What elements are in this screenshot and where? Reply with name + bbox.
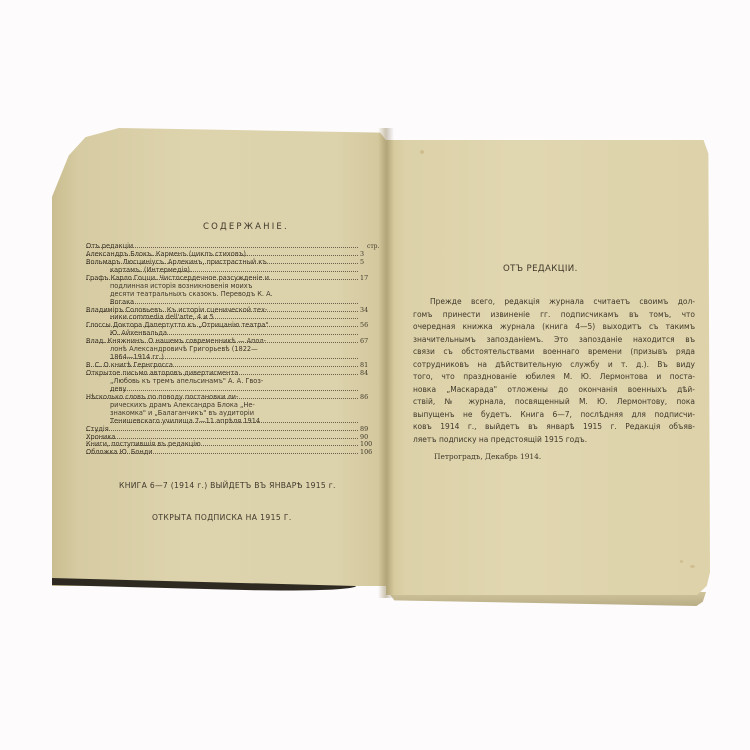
toc-entry-title: Открытое письмо авторовъ дивертисмента [86, 369, 238, 377]
toc-leader-dots [86, 430, 358, 431]
paper-stain [690, 565, 695, 568]
editorial-line: новка „Маскарада" отложены до окончанія … [413, 384, 695, 397]
next-issue-notice: КНИГА 6—7 (1914 г.) ВЫЙДЕТЪ ВЪ ЯНВАРѢ 19… [119, 481, 336, 490]
editorial-line: ляетъ подписку на предстоящій 1915 годъ. [413, 434, 695, 447]
toc-entry-title: „Любовь къ тремъ апельсинамъ" А. А. Гвоз… [110, 377, 263, 385]
editorial-line: Прежде всего, редакція журнала считаетъ … [413, 296, 695, 309]
toc-entry-title: Тенишевскаго училища 7—11 апрѣля 1914 [110, 417, 260, 425]
toc-entry-page: 67 [360, 338, 376, 346]
toc-entry-page: 106 [360, 449, 376, 457]
toc-entry-title: лонѣ Александровичѣ Григорьевѣ (1822— [110, 345, 258, 353]
editorial-line: того, что празднованіе юбилея М. Ю. Лерм… [413, 371, 695, 384]
toc-entry-title: деву [110, 385, 126, 393]
toc-entry-title: Графъ Карло Гоцци. Чистосердечное разсуж… [86, 274, 269, 282]
toc-entry-page: 84 [360, 370, 376, 378]
toc-leader-dots [110, 390, 358, 391]
toc-leader-dots [86, 438, 358, 439]
paper-stain [420, 150, 424, 154]
editorial-line: значительнымъ запозданіемъ. Это запоздан… [413, 334, 695, 347]
editorial-line: гомъ принести извиненіе гг. подписчикамъ… [413, 309, 695, 322]
toc-leader-dots [110, 303, 358, 304]
toc-entry-title: 1864—1914 гг.) [110, 353, 164, 361]
paper-stain [680, 560, 683, 563]
table-of-contents: Отъ редакціиАлександръ Блокъ. Карменъ (ц… [86, 243, 376, 457]
toc-entry-title: рическихъ драмъ Александра Блока „Не- [110, 401, 255, 409]
book-gutter [378, 128, 394, 598]
open-book: СОДЕРЖАНІЕ. стр. Отъ редакціиАлександръ … [0, 0, 750, 750]
editorial-line: сотрудниковъ на дѣйствительную службу и … [413, 359, 695, 372]
toc-entry-page: 86 [360, 394, 376, 402]
toc-title: СОДЕРЖАНІЕ. [203, 222, 289, 232]
toc-entry-title: подлинная исторія возникновенія моихъ [110, 282, 252, 290]
toc-entry: „Любовь къ тремъ апельсинамъ" А. А. Гвоз… [86, 378, 376, 386]
toc-entry-page: 5 [360, 259, 376, 267]
toc-entry-title: Вогака [110, 298, 134, 306]
toc-entry-title: картамъ. (Интермедія). [110, 266, 192, 274]
toc-entry: Обложка Ю. Бонди106 [86, 449, 376, 457]
toc-entry-title: Нѣсколько словъ по поводу постановки ли- [86, 393, 238, 401]
editorial-body: Прежде всего, редакція журнала считаетъ … [413, 296, 695, 446]
toc-entry: Тенишевскаго училища 7—11 апрѣля 1914 [86, 418, 376, 426]
toc-entry-page: 17 [360, 275, 376, 283]
toc-entry-title: В. С. О книгѣ Гернгросса [86, 361, 173, 369]
toc-entry-page: 56 [360, 322, 376, 330]
editorial-signature: Петроградъ, Декабрь 1914. [434, 452, 541, 461]
editorial-line: ковъ 1914 г., выйдетъ въ январѣ 1915 г. … [413, 421, 695, 434]
editorial-line: ствій, № журнала, посвященный М. Ю. Лерм… [413, 396, 695, 409]
toc-entry-title: Студія [86, 425, 109, 433]
toc-entry-title: Отъ редакціи [86, 242, 133, 250]
toc-entry-title: десяти театральныхъ сказокъ. Переводъ К.… [110, 290, 273, 298]
subscription-notice: ОТКРЫТА ПОДПИСКА НА 1915 Г. [152, 513, 292, 522]
editorial-line: очередная книжка журнала (книга 4—5) вых… [413, 321, 695, 334]
toc-entry-page: 34 [360, 307, 376, 315]
toc-entry-title: Александръ Блокъ. Карменъ (циклъ стиховъ… [86, 250, 248, 258]
editorial-title: ОТЪ РЕДАКЦІИ. [503, 264, 578, 274]
editorial-line: связи съ обстоятельствами военнаго време… [413, 346, 695, 359]
toc-entry-title: Обложка Ю. Бонди [86, 448, 153, 456]
toc-entry-title: знакомка" и „Балаганчикъ" въ аудиторіи [110, 409, 254, 417]
toc-entry-title: Вольмаръ Люсциніусъ. Арлекинъ, пристраст… [86, 258, 267, 266]
editorial-line: выпущенъ не будетъ. Книга 6—7, послѣдняя… [413, 409, 695, 422]
toc-entry: Студія89 [86, 426, 376, 434]
